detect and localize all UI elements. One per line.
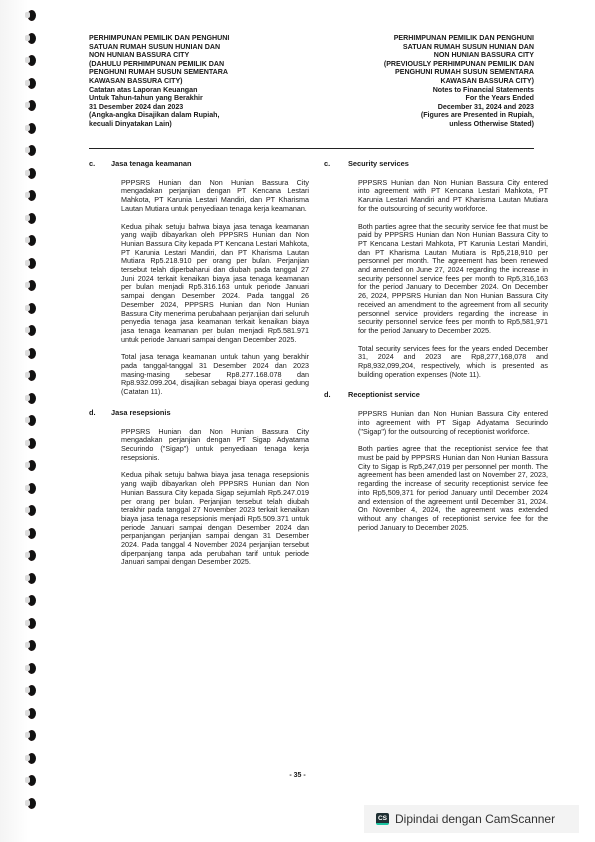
header-line: Untuk Tahun-tahun yang Berakhir	[89, 94, 309, 103]
binding-ring-icon	[27, 10, 36, 21]
paragraph: Both parties agree that the receptionist…	[358, 445, 548, 532]
binding-ring-icon	[27, 505, 36, 516]
paragraph: PPPSRS Hunian dan Non Hunian Bassura Cit…	[358, 179, 548, 214]
binding-ring-icon	[27, 460, 36, 471]
spiral-binding	[0, 0, 28, 842]
binding-ring-icon	[27, 258, 36, 269]
header-line: NON HUNIAN BASSURA CITY	[89, 51, 309, 60]
binding-ring-icon	[27, 370, 36, 381]
paragraph: Total security services fees for the yea…	[358, 345, 548, 380]
binding-ring-icon	[27, 213, 36, 224]
section-title: Jasa tenaga keamanan	[111, 160, 192, 169]
header-line: (DAHULU PERHIMPUNAN PEMILIK DAN	[89, 60, 309, 69]
binding-ring-icon	[27, 595, 36, 606]
header-line: (Angka-angka Disajikan dalam Rupiah,	[89, 111, 309, 120]
binding-ring-icon	[27, 145, 36, 156]
header-line: Notes to Financial Statements	[314, 86, 534, 95]
binding-ring-icon	[27, 528, 36, 539]
section-title: Security services	[348, 160, 409, 169]
indonesian-column: c. Jasa tenaga keamanan PPPSRS Hunian da…	[99, 160, 309, 576]
binding-ring-icon	[27, 685, 36, 696]
camscanner-watermark: CS Dipindai dengan CamScanner	[364, 805, 579, 833]
header-line: December 31, 2024 and 2023	[314, 103, 534, 112]
header-english: PERHIMPUNAN PEMILIK DAN PENGHUNI SATUAN …	[314, 34, 534, 129]
paragraph: PPPSRS Hunian dan Non Hunian Bassura Cit…	[121, 179, 309, 214]
paragraph: PPPSRS Hunian dan Non Hunian Bassura Cit…	[121, 428, 309, 463]
section-letter: d.	[89, 409, 111, 418]
binding-ring-icon	[27, 730, 36, 741]
paragraph: Kedua pihak setuju bahwa biaya jasa tena…	[121, 471, 309, 567]
header-line: For the Years Ended	[314, 94, 534, 103]
camscanner-label: Dipindai dengan CamScanner	[395, 812, 555, 826]
section-d-heading: d. Jasa resepsionis	[99, 409, 309, 418]
section-title: Receptionist service	[348, 391, 420, 400]
header-line: PERHIMPUNAN PEMILIK DAN PENGHUNI	[314, 34, 534, 43]
paragraph: Both parties agree that the security ser…	[358, 223, 548, 336]
binding-ring-icon	[27, 618, 36, 629]
binding-ring-icon	[27, 573, 36, 584]
header-line: 31 Desember 2024 dan 2023	[89, 103, 309, 112]
header-line: NON HUNIAN BASSURA CITY	[314, 51, 534, 60]
header-line: (Figures are Presented in Rupiah,	[314, 111, 534, 120]
paragraph: Kedua pihak setuju bahwa biaya jasa tena…	[121, 223, 309, 345]
binding-ring-icon	[27, 708, 36, 719]
camscanner-logo-icon: CS	[376, 813, 389, 825]
header-line: Catatan atas Laporan Keuangan	[89, 86, 309, 95]
binding-ring-icon	[27, 415, 36, 426]
header-line: kecuali Dinyatakan Lain)	[89, 120, 309, 129]
binding-ring-icon	[27, 78, 36, 89]
binding-ring-icon	[27, 640, 36, 651]
english-column: c. Security services PPPSRS Hunian dan N…	[336, 160, 546, 541]
binding-ring-icon	[27, 280, 36, 291]
binding-ring-icon	[27, 393, 36, 404]
header-line: PENGHUNI RUMAH SUSUN SEMENTARA	[89, 68, 309, 77]
section-letter: d.	[324, 391, 348, 400]
header-line: PERHIMPUNAN PEMILIK DAN PENGHUNI	[89, 34, 309, 43]
page-number: - 35 -	[0, 772, 595, 779]
section-c-heading: c. Jasa tenaga keamanan	[99, 160, 309, 169]
binding-ring-icon	[27, 438, 36, 449]
binding-ring-icon	[27, 235, 36, 246]
binding-ring-icon	[27, 123, 36, 134]
binding-ring-icon	[27, 663, 36, 674]
header-line: (PREVIOUSLY PERHIMPUNAN PEMILIK DAN	[314, 60, 534, 69]
header-line: SATUAN RUMAH SUSUN HUNIAN DAN	[314, 43, 534, 52]
binding-ring-icon	[27, 303, 36, 314]
binding-ring-icon	[27, 190, 36, 201]
section-d-heading: d. Receptionist service	[336, 391, 546, 400]
section-title: Jasa resepsionis	[111, 409, 171, 418]
binding-ring-icon	[27, 550, 36, 561]
section-letter: c.	[324, 160, 348, 169]
binding-ring-icon	[27, 55, 36, 66]
header-line: KAWASAN BASSURA CITY)	[314, 77, 534, 86]
binding-ring-icon	[27, 348, 36, 359]
binding-ring-icon	[27, 798, 36, 809]
paragraph: Total jasa tenaga keamanan untuk tahun y…	[121, 353, 309, 397]
binding-ring-icon	[27, 100, 36, 111]
header-divider	[89, 148, 534, 149]
header-line: unless Otherwise Stated)	[314, 120, 534, 129]
binding-ring-icon	[27, 33, 36, 44]
paragraph: PPPSRS Hunian dan Non Hunian Bassura Cit…	[358, 410, 548, 436]
header-line: PENGHUNI RUMAH SUSUN SEMENTARA	[314, 68, 534, 77]
header-indonesian: PERHIMPUNAN PEMILIK DAN PENGHUNI SATUAN …	[89, 34, 309, 129]
header-line: KAWASAN BASSURA CITY)	[89, 77, 309, 86]
binding-ring-icon	[27, 325, 36, 336]
header-line: SATUAN RUMAH SUSUN HUNIAN DAN	[89, 43, 309, 52]
section-letter: c.	[89, 160, 111, 169]
binding-ring-icon	[27, 753, 36, 764]
binding-ring-icon	[27, 168, 36, 179]
section-c-heading: c. Security services	[336, 160, 546, 169]
binding-ring-icon	[27, 483, 36, 494]
